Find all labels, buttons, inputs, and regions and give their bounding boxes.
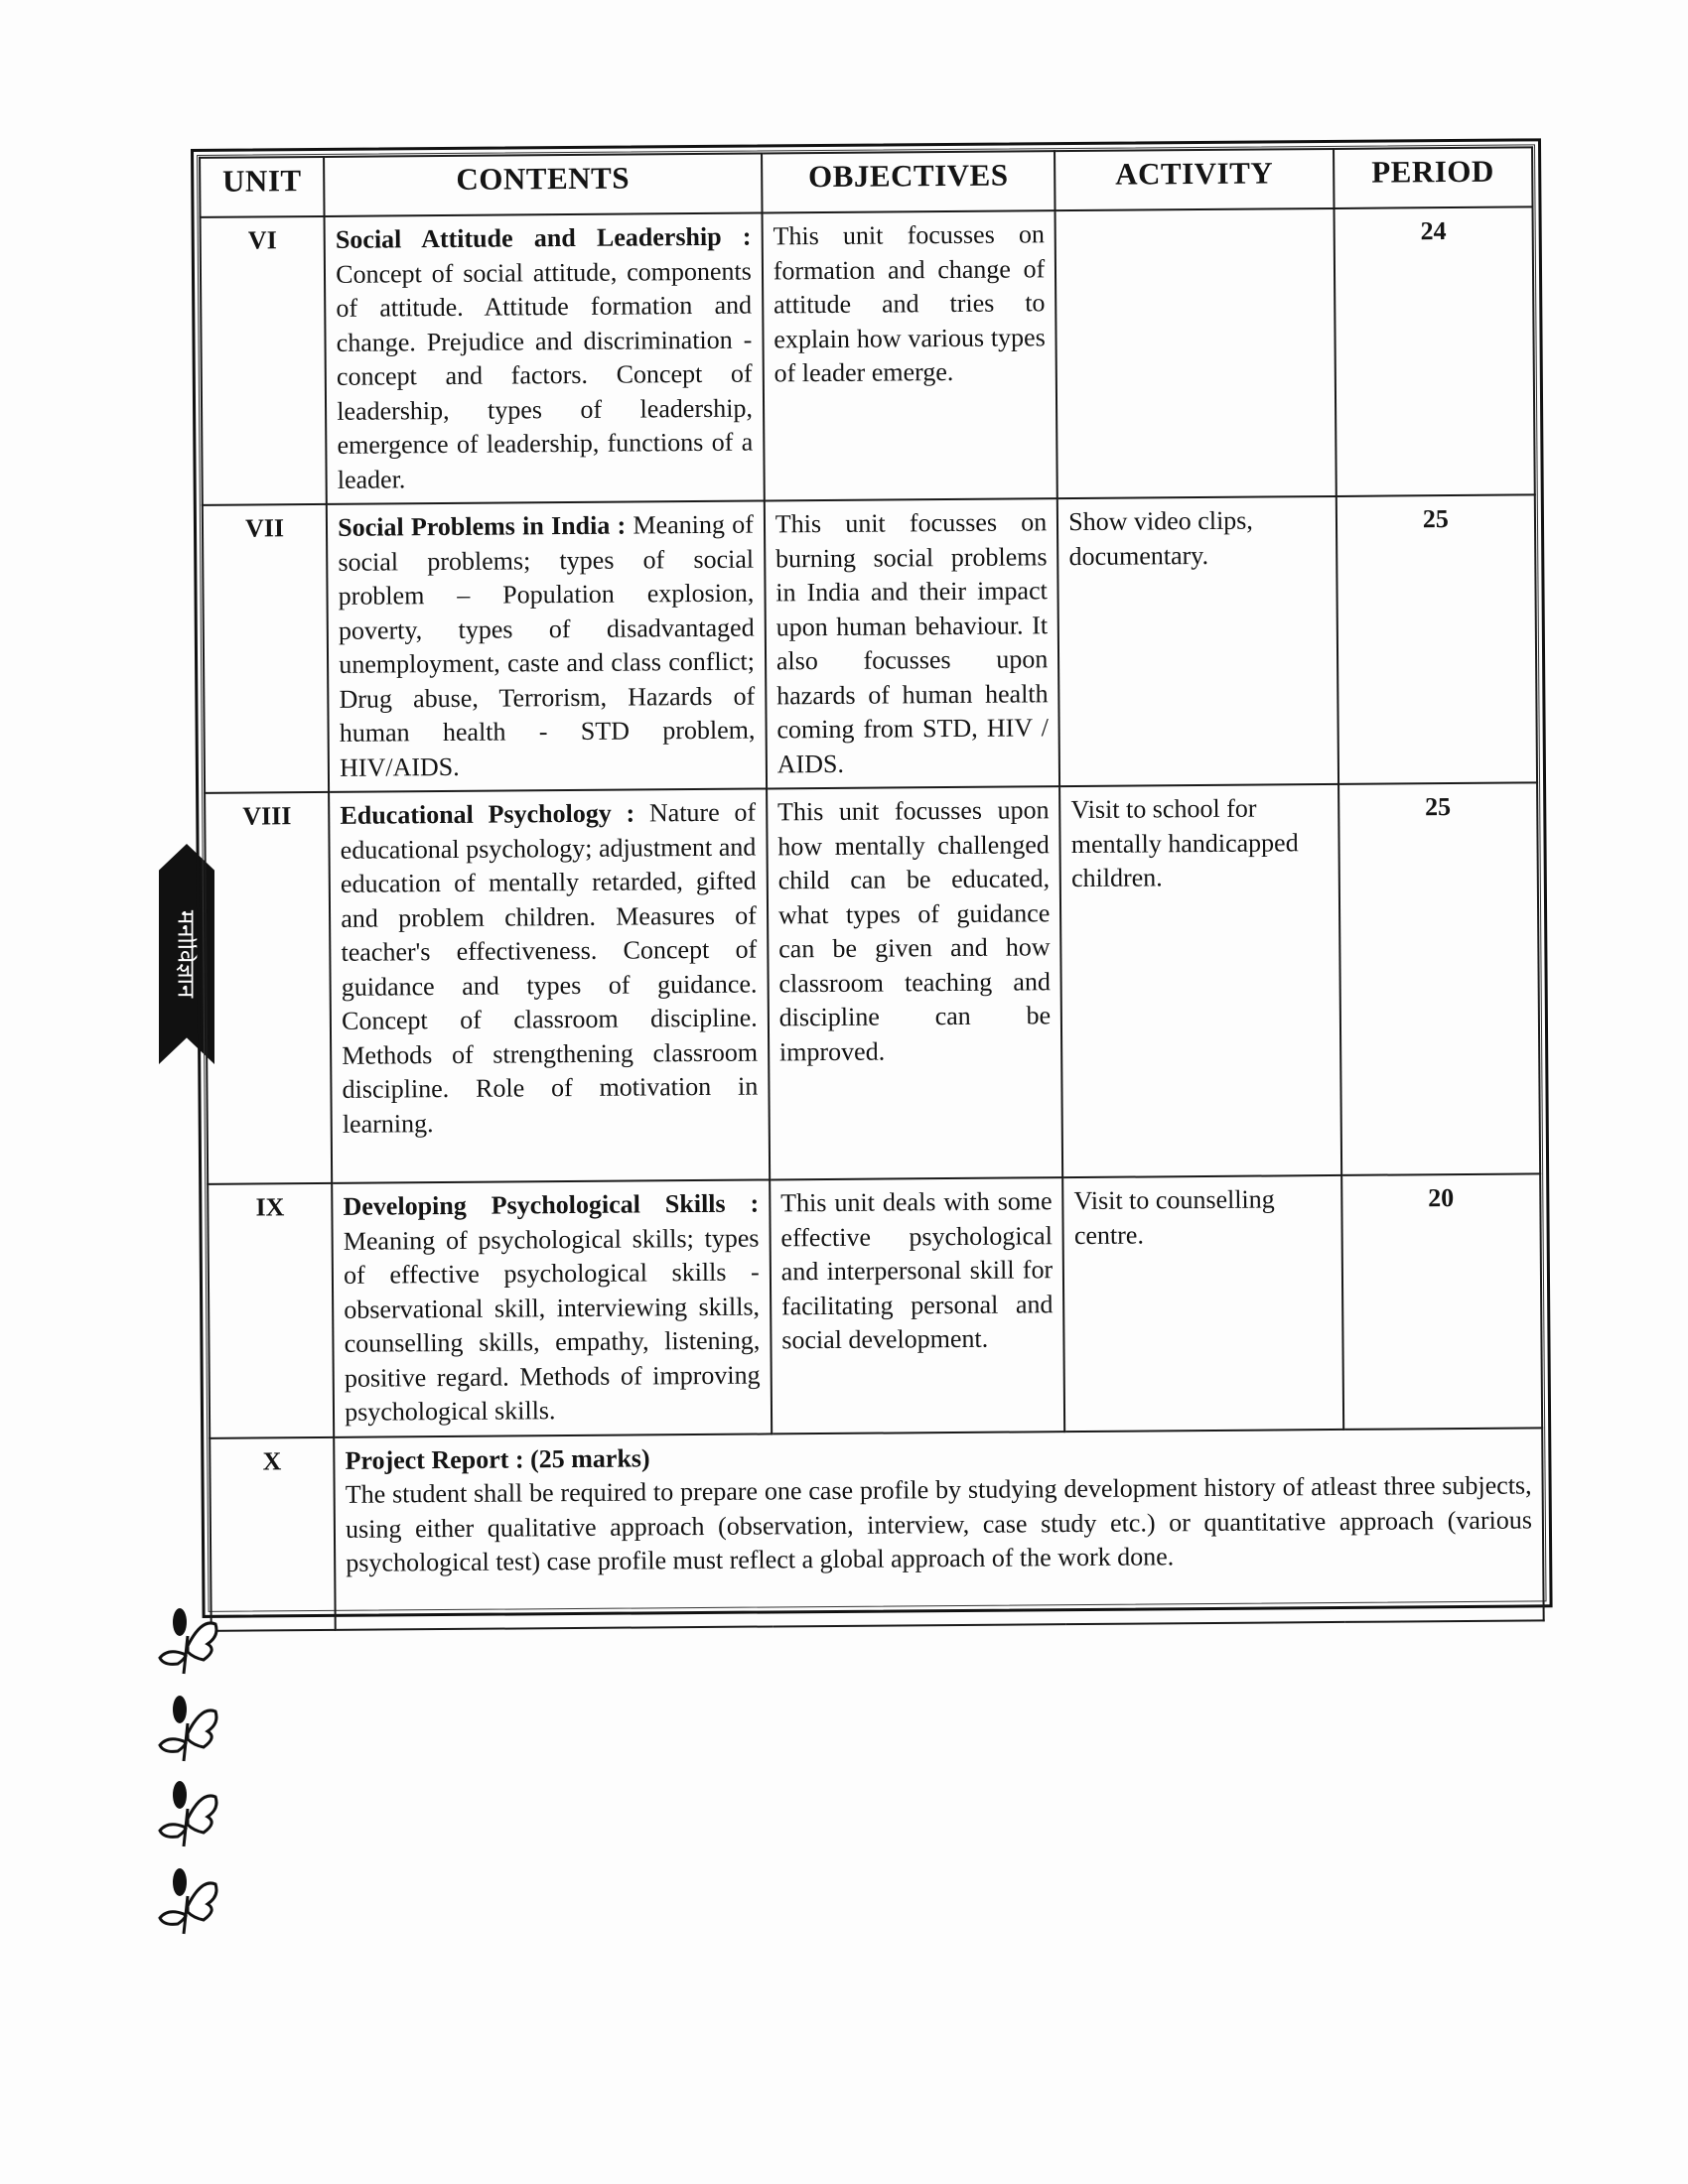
- plant-sprig-icon: [154, 1866, 228, 1936]
- unit-topic: Social Attitude and Leadership :: [336, 222, 752, 254]
- header-contents: CONTENTS: [324, 153, 762, 215]
- table-header-row: UNIT CONTENTS OBJECTIVES ACTIVITY PERIOD: [200, 147, 1532, 217]
- plant-sprig-icon: [154, 1779, 228, 1848]
- unit-cell: VII: [203, 504, 329, 793]
- unit-topic: Educational Psychology :: [340, 799, 634, 830]
- unit-topic: Social Problems in India :: [338, 511, 626, 542]
- table-row: VI Social Attitude and Leadership : Conc…: [201, 206, 1535, 505]
- contents-cell: Educational Psychology : Nature of educa…: [329, 788, 770, 1182]
- unit-cell: VIII: [205, 792, 332, 1184]
- period-cell: 25: [1338, 782, 1540, 1175]
- activity-cell: Visit to school for mentally handicapped…: [1059, 784, 1340, 1177]
- contents-text: Meaning of psychological skills; types o…: [344, 1223, 761, 1427]
- objectives-cell: This unit deals with some effective psyc…: [770, 1177, 1064, 1433]
- activity-cell: [1055, 208, 1336, 498]
- unit-topic: Developing Psychological Skills :: [343, 1189, 759, 1221]
- contents-cell: Developing Psychological Skills : Meanin…: [332, 1179, 772, 1436]
- period-cell: 25: [1336, 494, 1537, 784]
- header-objectives: OBJECTIVES: [762, 151, 1055, 212]
- contents-text: Concept of social attitude, components o…: [336, 256, 753, 493]
- contents-text: Nature of educational psychology; adjust…: [341, 798, 759, 1139]
- unit-cell: X: [210, 1436, 336, 1630]
- project-body: The student shall be required to prepare…: [346, 1468, 1533, 1580]
- header-activity: ACTIVITY: [1055, 149, 1334, 210]
- objectives-cell: This unit focusses on formation and chan…: [762, 210, 1057, 500]
- project-row: X Project Report : (25 marks) The studen…: [210, 1428, 1543, 1631]
- contents-cell: Social Attitude and Leadership : Concept…: [325, 212, 765, 503]
- period-cell: 24: [1334, 206, 1535, 496]
- activity-cell: Show video clips, documentary.: [1057, 496, 1338, 786]
- plant-sprig-icon: [154, 1694, 228, 1763]
- table-row: IX Developing Psychological Skills : Mea…: [208, 1173, 1542, 1437]
- table-row: VII Social Problems in India : Meaning o…: [203, 494, 1537, 793]
- header-period: PERIOD: [1334, 147, 1533, 208]
- table-row: VIII Educational Psychology : Nature of …: [205, 782, 1540, 1184]
- header-unit: UNIT: [200, 157, 325, 217]
- unit-cell: VI: [201, 216, 327, 505]
- syllabus-table: UNIT CONTENTS OBJECTIVES ACTIVITY PERIOD…: [199, 146, 1545, 1631]
- unit-cell: IX: [208, 1183, 334, 1437]
- period-cell: 20: [1341, 1173, 1542, 1429]
- activity-cell: Visit to counselling centre.: [1062, 1175, 1342, 1432]
- contents-text: Meaning of social problems; types of soc…: [338, 510, 755, 782]
- project-cell: Project Report : (25 marks) The student …: [334, 1428, 1543, 1630]
- contents-cell: Social Problems in India : Meaning of so…: [327, 500, 767, 791]
- plant-sprig-icon: [154, 1606, 228, 1676]
- syllabus-frame: UNIT CONTENTS OBJECTIVES ACTIVITY PERIOD…: [191, 138, 1553, 1618]
- objectives-cell: This unit focusses upon how mentally cha…: [767, 786, 1063, 1179]
- objectives-cell: This unit focusses on burning social pro…: [765, 498, 1060, 788]
